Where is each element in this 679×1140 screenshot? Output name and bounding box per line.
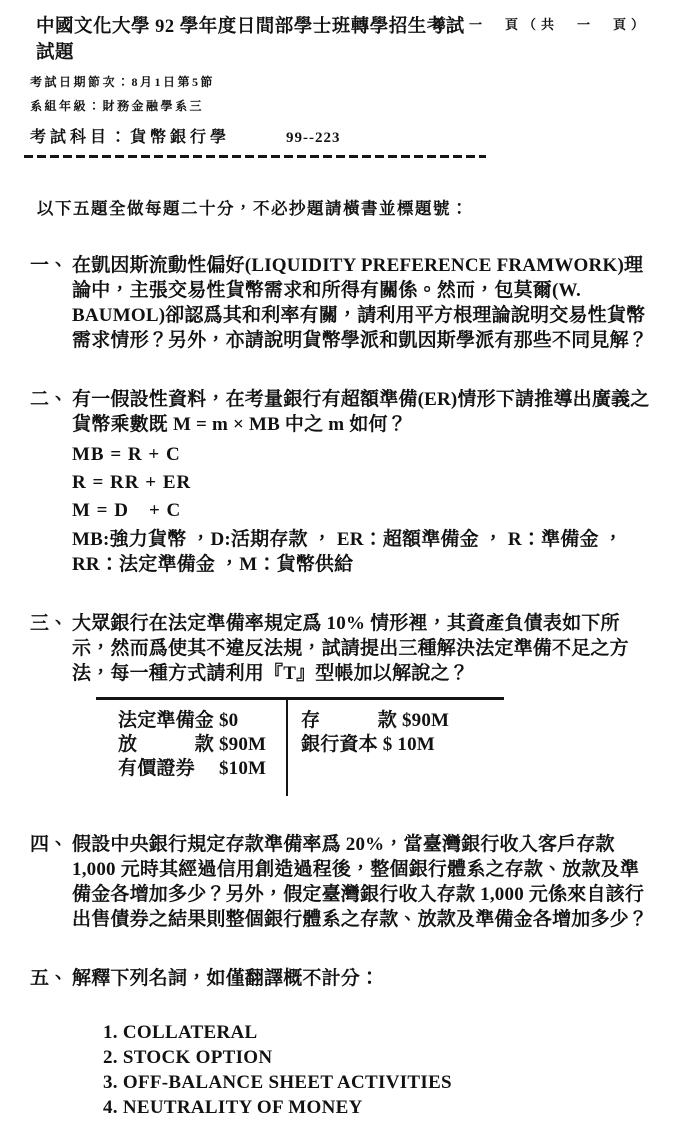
question-5-body: 解釋下列名詞，如僅翻譯概不計分： 1. COLLATERAL 2. STOCK … — [72, 966, 651, 1120]
t-account-table: 法定準備金 $0 放 款 $90M 有價證券 $10M 存 款 $90M 銀行資… — [96, 697, 504, 796]
exam-date-line: 考試日期節次：8月1日第5節 — [30, 75, 651, 90]
question-5: 五、 解釋下列名詞，如僅翻譯概不計分： 1. COLLATERAL 2. STO… — [30, 966, 651, 1120]
question-1: 一、 在凱因斯流動性偏好(LIQUIDITY PREFERENCE FRAMWO… — [30, 253, 651, 353]
asset-row-required-reserves: 法定準備金 $0 — [118, 709, 286, 733]
term-off-balance-sheet: 3. OFF-BALANCE SHEET ACTIVITIES — [103, 1070, 651, 1095]
page-title: 中國文化大學 92 學年度日間部學士班轉學招生考試試題 — [36, 14, 476, 66]
page-number: 第 一 頁（共 一 頁） — [433, 14, 649, 33]
header: 中國文化大學 92 學年度日間部學士班轉學招生考試試題 第 一 頁（共 一 頁） — [36, 14, 651, 66]
question-1-marker: 一、 — [30, 253, 72, 278]
asset-row-securities: 有價證券 $10M — [118, 757, 286, 781]
question-3-marker: 三、 — [30, 611, 72, 636]
term-neutrality-of-money: 4. NEUTRALITY OF MONEY — [103, 1095, 651, 1120]
liability-row-bank-capital: 銀行資本 $ 10M — [301, 733, 449, 757]
liability-row-deposits: 存 款 $90M — [301, 709, 449, 733]
term-stock-option: 2. STOCK OPTION — [103, 1045, 651, 1070]
term-list: 1. COLLATERAL 2. STOCK OPTION 3. OFF-BAL… — [103, 1020, 651, 1120]
formula-mb: MB = R + C — [72, 441, 651, 469]
question-5-marker: 五、 — [30, 966, 72, 991]
asset-row-loans: 放 款 $90M — [118, 733, 286, 757]
t-account-liabilities-column: 存 款 $90M 銀行資本 $ 10M — [288, 700, 449, 796]
t-account-assets-column: 法定準備金 $0 放 款 $90M 有價證券 $10M — [96, 700, 288, 796]
question-1-text: 在凱因斯流動性偏好(LIQUIDITY PREFERENCE FRAMWORK)… — [72, 253, 651, 353]
question-2-text: 有一假設性資料，在考量銀行有超額準備(ER)情形下請推導出廣義之貨幣乘數既 M … — [72, 387, 651, 437]
question-2-formulas: MB = R + C R = RR + ER M = D + C — [72, 441, 651, 525]
question-2-body: 有一假設性資料，在考量銀行有超額準備(ER)情形下請推導出廣義之貨幣乘數既 M … — [72, 387, 651, 577]
question-2-definitions: MB:強力貨幣 ，D:活期存款 ， ER：超額準備金 ， R：準備金 ，RR：法… — [72, 527, 651, 577]
exam-paper-page: 中國文化大學 92 學年度日間部學士班轉學招生考試試題 第 一 頁（共 一 頁）… — [0, 0, 679, 1140]
header-divider — [24, 155, 486, 158]
question-3-text: 大眾銀行在法定準備率規定爲 10% 情形裡，其資產負債表如下所示，然而爲使其不違… — [72, 611, 651, 686]
subject-line: 考試科目：貨幣銀行學 99--223 — [30, 124, 651, 147]
formula-r: R = RR + ER — [72, 469, 651, 497]
question-5-text: 解釋下列名詞，如僅翻譯概不計分： — [72, 966, 651, 991]
term-collateral: 1. COLLATERAL — [103, 1020, 651, 1045]
formula-m: M = D + C — [72, 497, 651, 525]
question-2-marker: 二、 — [30, 387, 72, 412]
question-3-body: 大眾銀行在法定準備率規定爲 10% 情形裡，其資產負債表如下所示，然而爲使其不違… — [72, 611, 651, 798]
question-4: 四、 假設中央銀行規定存款準備率爲 20%，當臺灣銀行收入客戶存款 1,000 … — [30, 832, 651, 932]
subject-code: 99--223 — [286, 130, 341, 146]
question-4-marker: 四、 — [30, 832, 72, 857]
question-2: 二、 有一假設性資料，在考量銀行有超額準備(ER)情形下請推導出廣義之貨幣乘數既… — [30, 387, 651, 577]
question-3: 三、 大眾銀行在法定準備率規定爲 10% 情形裡，其資產負債表如下所示，然而爲使… — [30, 611, 651, 798]
department-line: 系組年級：財務金融學系三 — [30, 99, 651, 114]
subject-label: 考試科目：貨幣銀行學 — [30, 129, 230, 146]
question-4-text: 假設中央銀行規定存款準備率爲 20%，當臺灣銀行收入客戶存款 1,000 元時其… — [72, 832, 651, 932]
exam-instructions: 以下五題全做每題二十分，不必抄題請橫書並標題號： — [37, 195, 651, 219]
